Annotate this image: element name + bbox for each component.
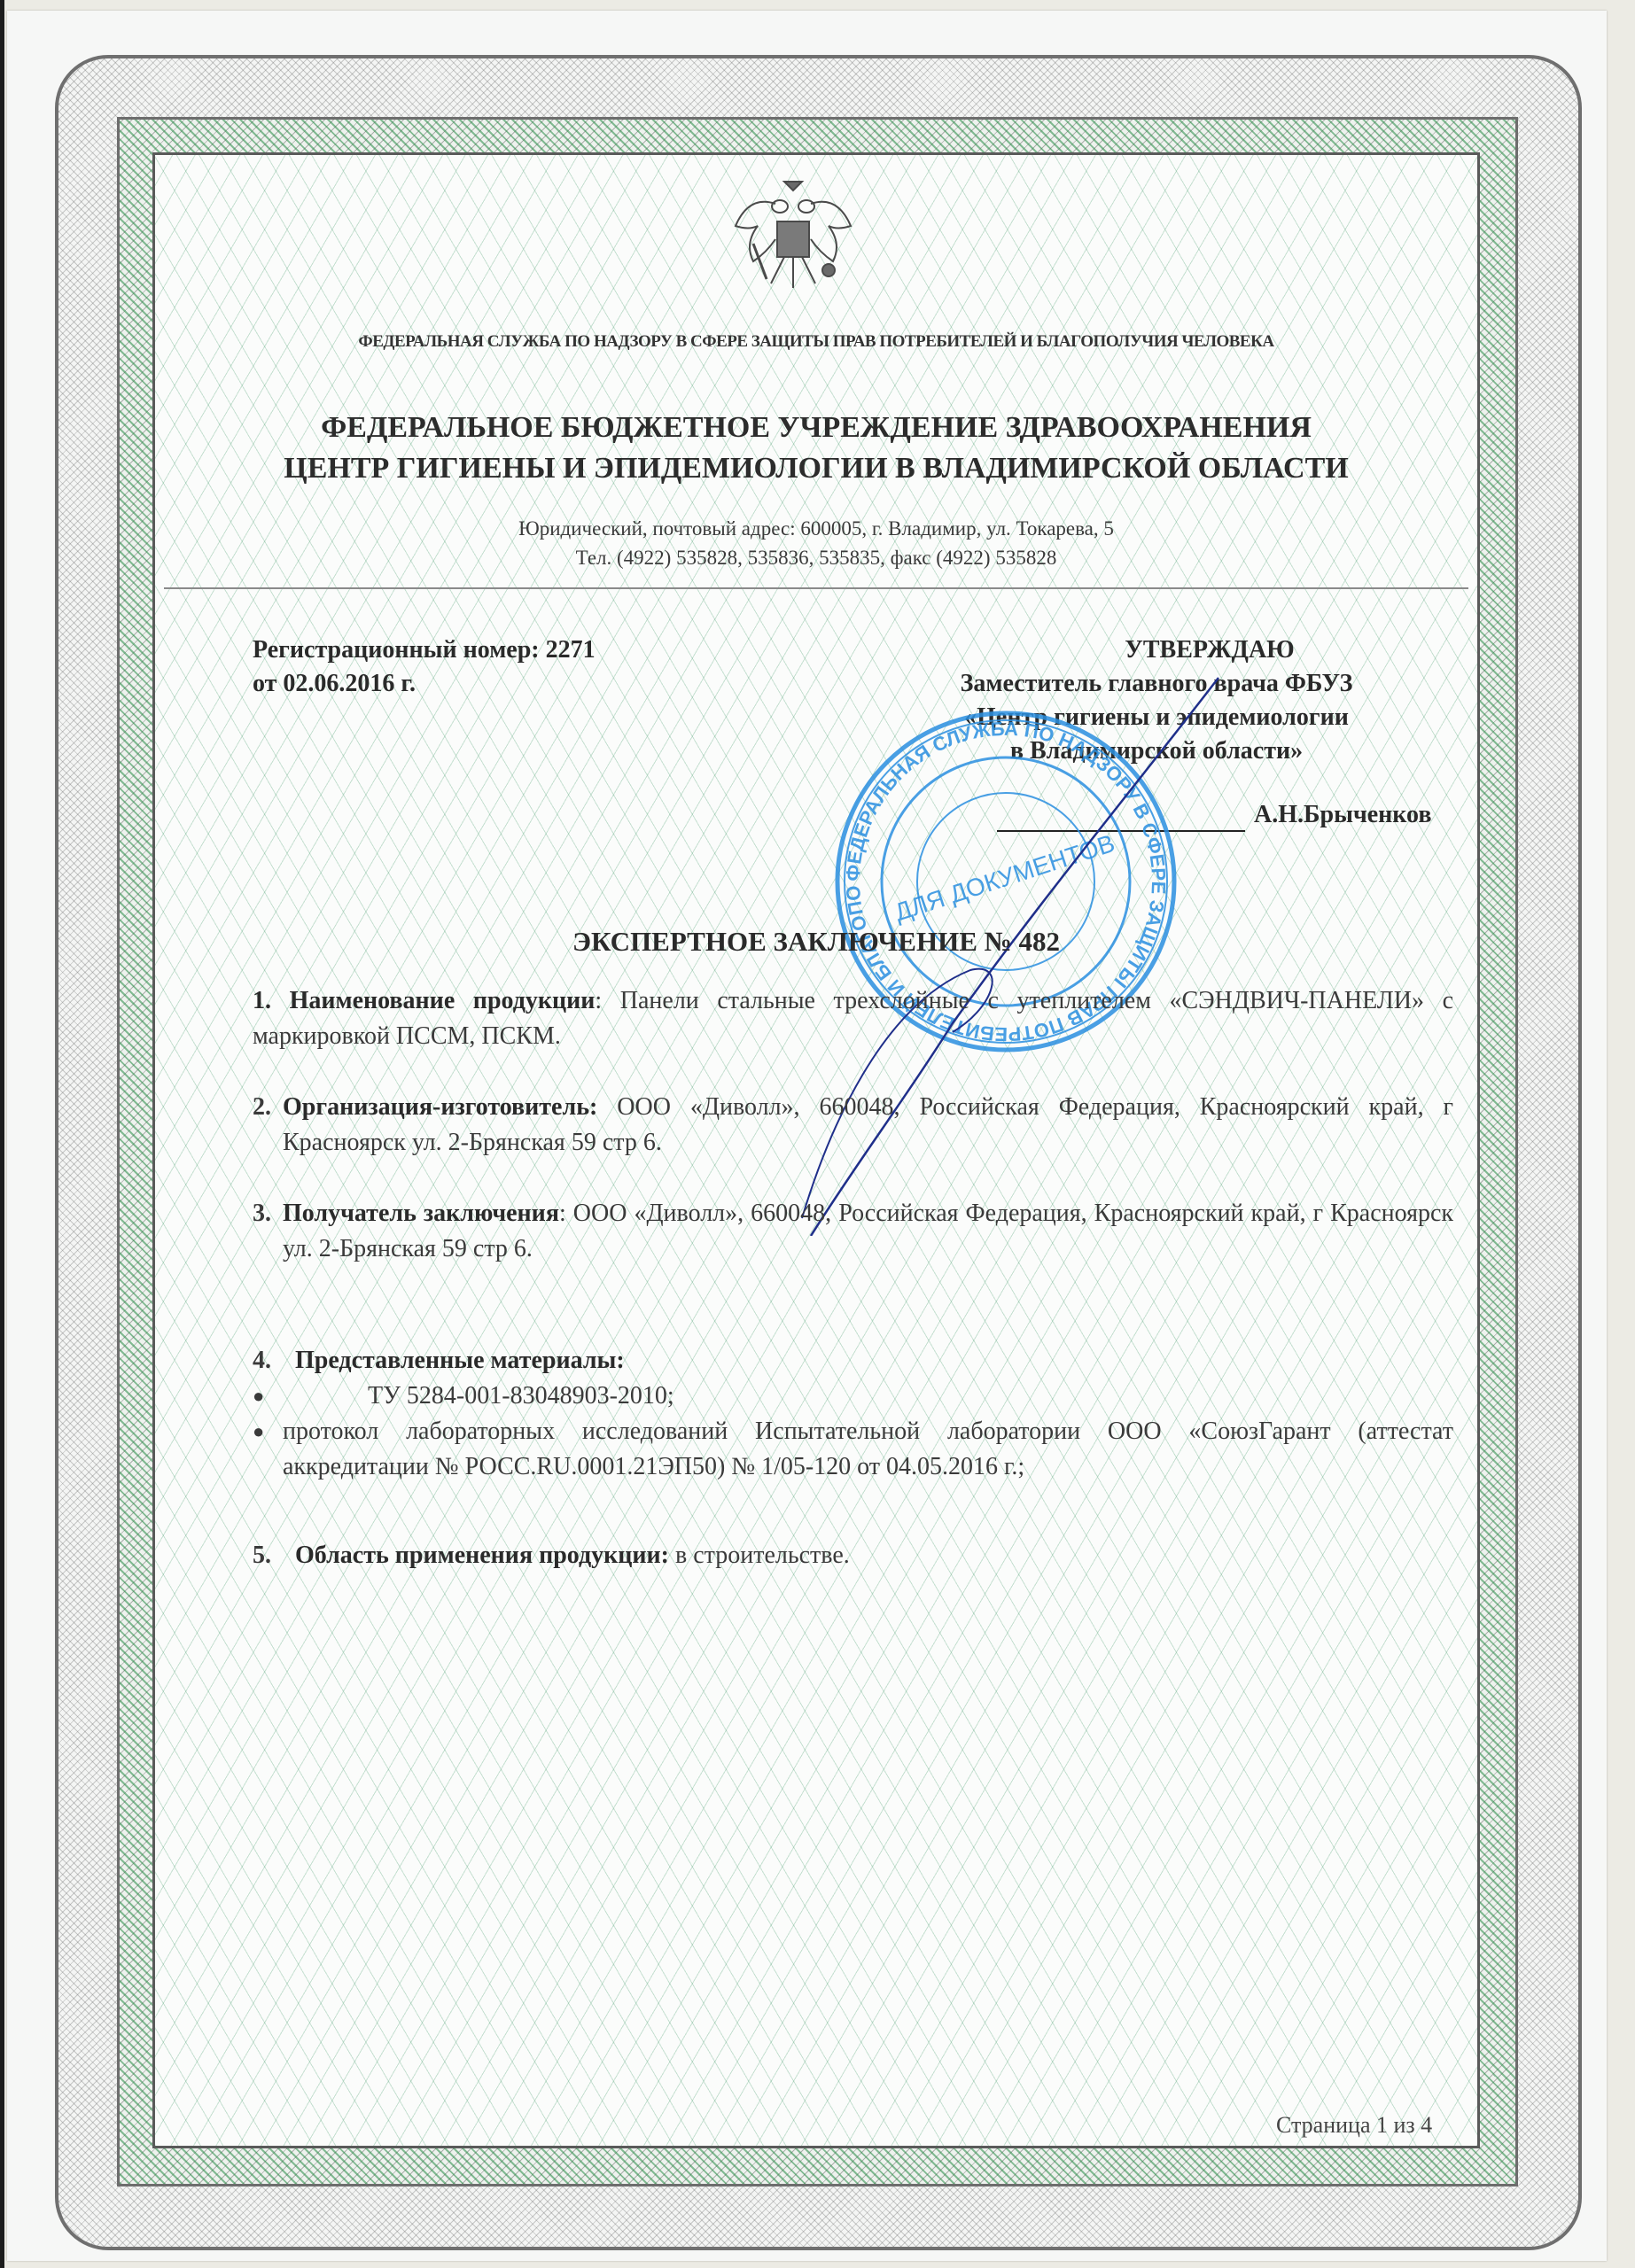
item-application-area: 5. Область применения продукции: в строи… [253, 1538, 1453, 1573]
bullet-icon: ● [253, 1414, 283, 1485]
phones: Тел. (4922) 535828, 535836, 535835, факс… [155, 543, 1477, 572]
item-label: Наименование продукции [290, 987, 596, 1014]
item-product-name: 1. Наименование продукции: Панели стальн… [253, 983, 1453, 1054]
item-materials: 4. Представленные материалы: ● ТУ 5284-0… [253, 1343, 1453, 1485]
material-list-item: ● ТУ 5284-001-83048903-2010; [253, 1379, 1453, 1414]
item-number: 3. [253, 1196, 283, 1267]
approver-position-line3: в Владимирской области» [873, 734, 1440, 768]
item-number: 2. [253, 1090, 283, 1161]
approval-heading: УТВЕРЖДАЮ [873, 633, 1440, 667]
item-number: 5. [253, 1538, 295, 1573]
address: Юридический, почтовый адрес: 600005, г. … [155, 514, 1477, 543]
document-title: ЭКСПЕРТНОЕ ЗАКЛЮЧЕНИЕ № 482 [155, 926, 1477, 958]
item-label: Представленные материалы: [295, 1343, 625, 1379]
header-divider [164, 587, 1468, 589]
material-text: протокол лабораторных исследований Испыт… [283, 1414, 1453, 1485]
item-manufacturer: 2. Организация-изготовитель: ООО «Диволл… [253, 1090, 1453, 1161]
signature-row: А.Н.Брыченков [873, 798, 1440, 832]
material-list-item: ● протокол лабораторных исследований Исп… [253, 1414, 1453, 1485]
registration-date: от 02.06.2016 г. [253, 667, 596, 701]
item-label: Область применения продукции: [295, 1542, 669, 1569]
organization-name: ФЕДЕРАЛЬНОЕ БЮДЖЕТНОЕ УЧРЕЖДЕНИЕ ЗДРАВОО… [155, 408, 1477, 489]
approver-position-line1: Заместитель главного врача ФБУЗ [873, 667, 1440, 701]
certificate-panel: ФЕДЕРАЛЬНАЯ СЛУЖБА ПО НАДЗОРУ В СФЕРЕ ЗА… [152, 152, 1480, 2148]
page-number: Страница 1 из 4 [1276, 2112, 1432, 2139]
item-label: Организация-изготовитель: [283, 1093, 597, 1121]
item-text: в строительстве. [669, 1542, 850, 1569]
registration-block: Регистрационный номер: 2271 от 02.06.201… [253, 633, 596, 701]
material-text: ТУ 5284-001-83048903-2010; [283, 1379, 1453, 1414]
organization-name-line2: ЦЕНТР ГИГИЕНЫ И ЭПИДЕМИОЛОГИИ В ВЛАДИМИР… [155, 448, 1477, 489]
signatory-name: А.Н.Брыченков [1254, 801, 1431, 828]
bullet-icon: ● [253, 1379, 283, 1414]
scan-edge [0, 0, 4, 2268]
organization-contacts: Юридический, почтовый адрес: 600005, г. … [155, 514, 1477, 572]
russian-coat-of-arms-icon [722, 173, 864, 306]
conclusion-items: 1. Наименование продукции: Панели стальн… [253, 983, 1453, 1609]
organization-name-line1: ФЕДЕРАЛЬНОЕ БЮДЖЕТНОЕ УЧРЕЖДЕНИЕ ЗДРАВОО… [155, 408, 1477, 448]
item-number: 1. [253, 987, 271, 1014]
item-number: 4. [253, 1343, 295, 1379]
federal-service-name: ФЕДЕРАЛЬНАЯ СЛУЖБА ПО НАДЗОРУ В СФЕРЕ ЗА… [155, 332, 1477, 352]
approval-block: УТВЕРЖДАЮ Заместитель главного врача ФБУ… [873, 633, 1440, 832]
approver-position-line2: «Центр гигиены и эпидемиологии [873, 701, 1440, 734]
registration-number: Регистрационный номер: 2271 [253, 633, 596, 667]
item-separator: : [559, 1200, 566, 1227]
signature-line [997, 829, 1245, 832]
item-recipient: 3. Получатель заключения: ООО «Диволл», … [253, 1196, 1453, 1267]
stamp-center-text: ДЛЯ ДОКУМЕНТОВ [891, 829, 1118, 927]
item-label: Получатель заключения [283, 1200, 559, 1227]
